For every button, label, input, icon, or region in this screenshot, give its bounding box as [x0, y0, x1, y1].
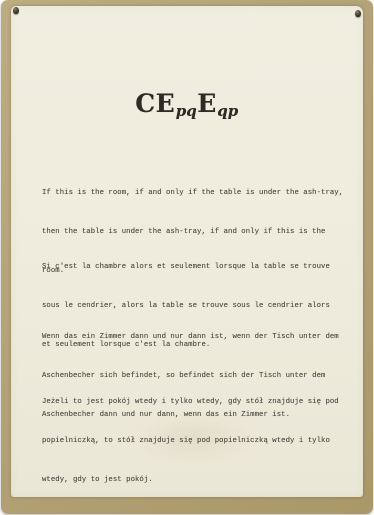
title-subscript-2: qp [217, 102, 238, 120]
text-line: Jeżeli to jest pokój wtedy i tylko wtedy… [42, 396, 354, 409]
title-part-1: CE [135, 89, 175, 118]
paper-sheet: CEpqEqp If this is the room, if and only… [11, 6, 363, 497]
title-formula: CEpqEqp [11, 90, 363, 119]
text-line: If this is the room, if and only if the … [42, 187, 354, 200]
text-line: Wenn das ein Zimmer dann und nur dann is… [42, 331, 354, 344]
title-subscript-1: pq [176, 102, 197, 120]
text-line: Si c'est la chambre alors et seulement l… [42, 261, 354, 274]
tack-icon [355, 10, 361, 17]
text-line: popielniczką, to stół znajduje się pod p… [42, 435, 354, 448]
tack-icon [13, 7, 19, 14]
title-part-2: E [197, 89, 217, 118]
backing-board: CEpqEqp If this is the room, if and only… [1, 0, 373, 514]
text-line: wtedy, gdy to jest pokój. [42, 474, 354, 487]
paragraph-polish: Jeżeli to jest pokój wtedy i tylko wtedy… [42, 370, 354, 513]
